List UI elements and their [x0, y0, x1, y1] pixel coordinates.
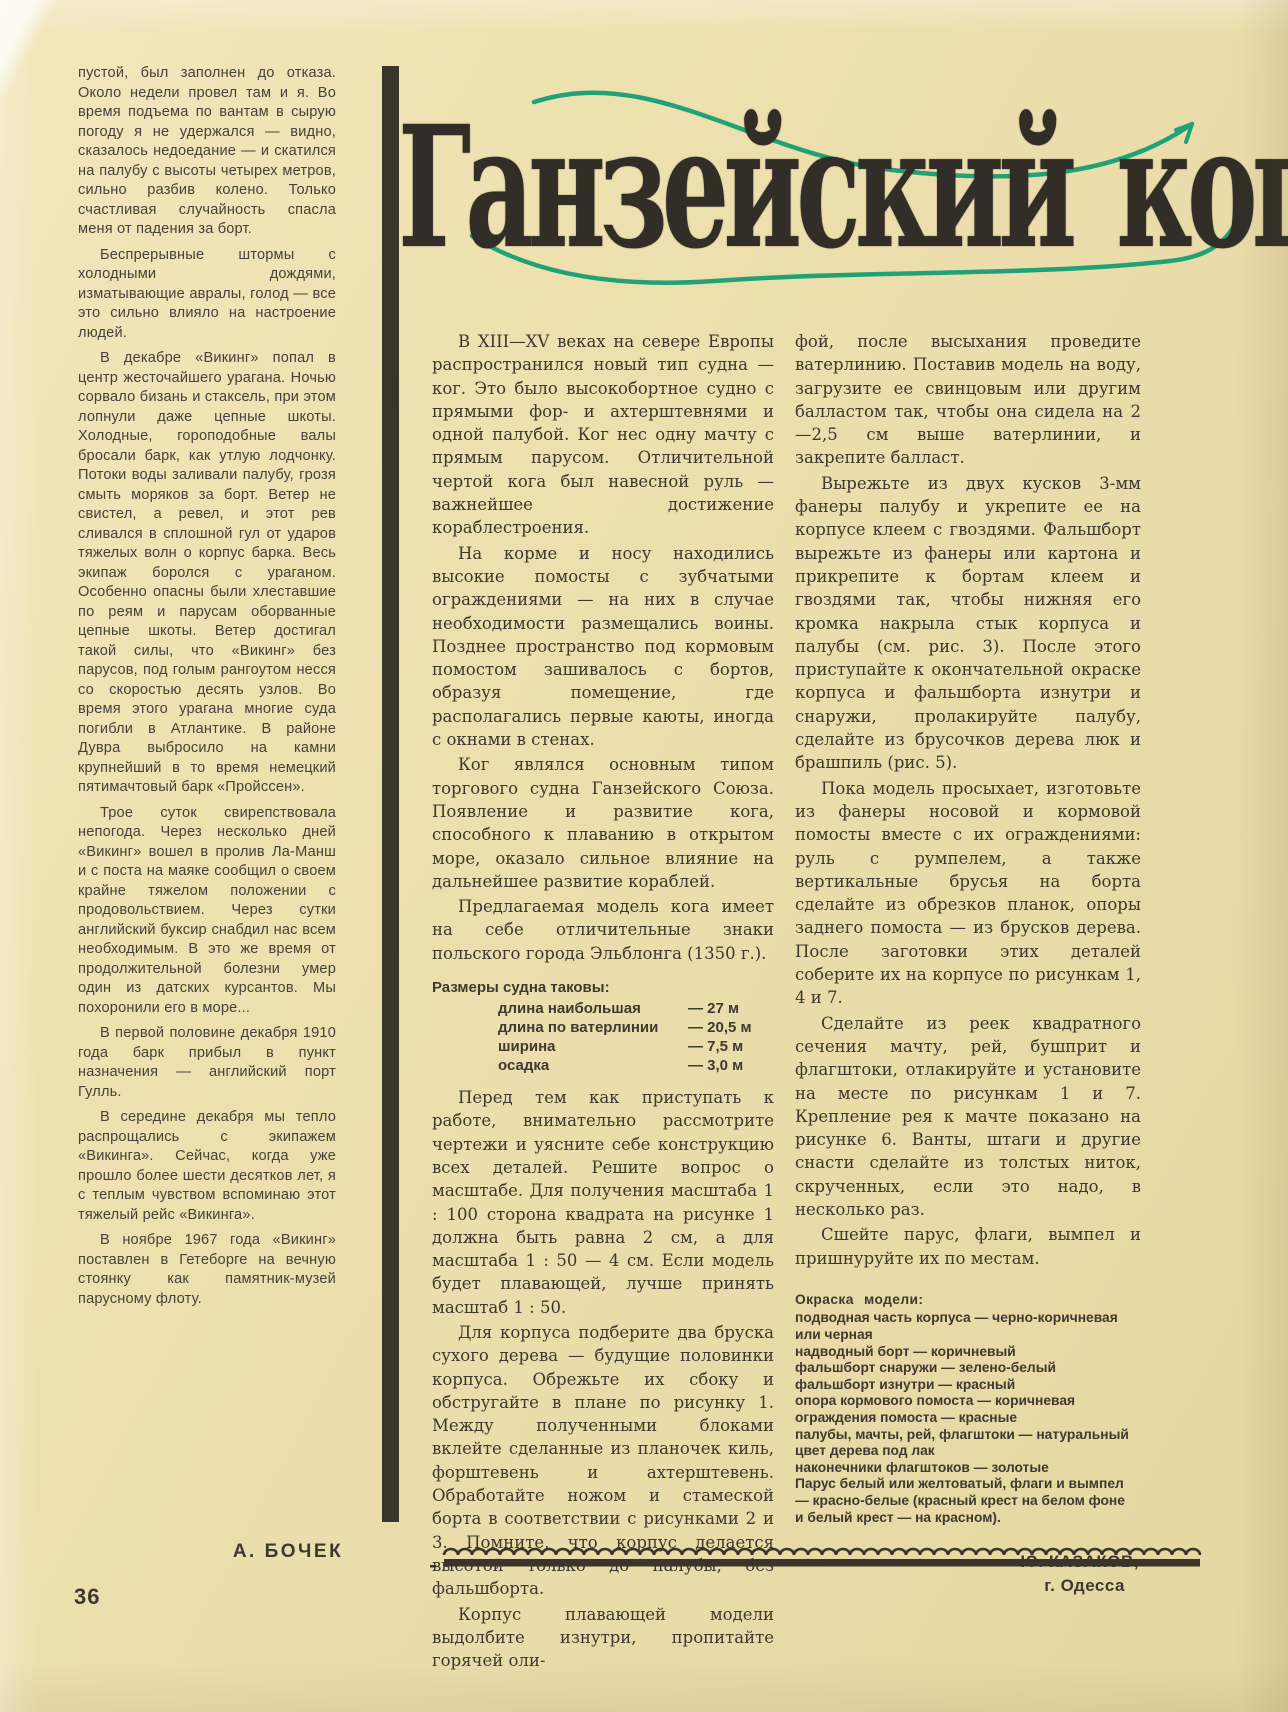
paragraph: пустой, был заполнен до отказа. Около не…	[78, 64, 336, 240]
page-number: 36	[74, 1584, 100, 1610]
dimension-row: длина наибольшая — 27 м	[432, 999, 774, 1018]
paragraph: Перед тем как приступать к работе, внима…	[432, 1086, 774, 1319]
article-column-2: фой, после высыхания проведите ватерлини…	[795, 330, 1141, 1598]
paragraph: Пока модель просыхает, изготовьте из фан…	[795, 777, 1141, 1010]
painting-item: ограждения помоста — красные	[795, 1410, 1133, 1427]
author-signature-left: А. БОЧЕК	[208, 1541, 368, 1563]
paragraph: Сделайте из реек квадратного сечения мач…	[795, 1012, 1141, 1222]
dimension-label: ширина	[498, 1037, 688, 1056]
paragraph: На корме и носу находились высокие помос…	[432, 542, 774, 752]
bottom-divider	[430, 1540, 1202, 1570]
dimension-row: ширина — 7,5 м	[432, 1037, 774, 1056]
paragraph: Ког являлся основным типом торгового суд…	[432, 753, 774, 893]
dimension-label: осадка	[498, 1056, 688, 1075]
left-column: пустой, был заполнен до отказа. Около не…	[78, 64, 336, 1315]
painting-item: подводная часть корпуса — черно-коричнев…	[795, 1310, 1133, 1343]
article-title: Ганзейский ког	[398, 88, 1238, 286]
paragraph: фой, после высыхания проведите ватерлини…	[795, 330, 1141, 470]
dimension-label: длина наибольшая	[498, 999, 688, 1018]
painting-item: надводный борт — коричневый	[795, 1344, 1133, 1361]
paragraph: Трое суток свирепствовала непогода. Чере…	[78, 804, 336, 1019]
paragraph: В декабре «Викинг» попал в центр жесточа…	[78, 349, 336, 798]
paragraph: В ноябре 1967 года «Викинг» поставлен в …	[78, 1231, 336, 1309]
magazine-page-scan: пустой, был заполнен до отказа. Около не…	[0, 0, 1288, 1712]
dimensions-heading: Размеры судна таковы:	[432, 978, 774, 997]
painting-item: палубы, мачты, рей, флагштоки — натураль…	[795, 1427, 1133, 1460]
paragraph: Вырежьте из двух кусков 3-мм фанеры палу…	[795, 472, 1141, 775]
dimension-value: — 20,5 м	[688, 1018, 774, 1037]
dimension-value: — 7,5 м	[688, 1037, 774, 1056]
paragraph: В XIII—XV веках на севере Европы распрос…	[432, 330, 774, 540]
paragraph: Сшейте парус, флаги, вымпел и пришнуруйт…	[795, 1223, 1141, 1270]
dimension-value: — 3,0 м	[688, 1056, 774, 1075]
painting-item: Парус белый или желтоватый, флаги и вымп…	[795, 1476, 1133, 1526]
paragraph: Корпус плавающей модели выдолбите изнутр…	[432, 1603, 774, 1673]
painting-guide-heading: Окраска модели:	[795, 1292, 1133, 1309]
scan-edge-highlight	[0, 0, 70, 140]
painting-item: наконечники флагштоков — золотые	[795, 1460, 1133, 1477]
paragraph: В первой половине декабря 1910 года барк…	[78, 1024, 336, 1102]
dimension-row: длина по ватерлинии — 20,5 м	[432, 1018, 774, 1037]
painting-item: фальшборт изнутри — красный	[795, 1377, 1133, 1394]
paragraph: В середине декабря мы тепло распрощались…	[78, 1108, 336, 1225]
divider-wave	[444, 1549, 1200, 1555]
paragraph: Беспрерывные штормы с холодными дождями,…	[78, 246, 336, 344]
dimension-label: длина по ватерлинии	[498, 1018, 688, 1037]
dimension-value: — 27 м	[688, 999, 774, 1018]
divider-tick	[430, 1565, 436, 1568]
painting-item: фальшборт снаружи — зелено-белый	[795, 1360, 1133, 1377]
dimension-row: осадка — 3,0 м	[432, 1056, 774, 1075]
author-city: г. Одесса	[795, 1574, 1139, 1598]
dimensions-block: Размеры судна таковы: длина наибольшая —…	[432, 978, 774, 1075]
paragraph: Предлагаемая модель кога имеет на себе о…	[432, 895, 774, 965]
painting-guide-block: Окраска модели: подводная часть корпуса …	[795, 1292, 1133, 1526]
divider-bar	[444, 1559, 1200, 1567]
article-column-1: В XIII—XV веках на севере Европы распрос…	[432, 330, 774, 1674]
painting-item: опора кормового помоста — коричневая	[795, 1393, 1133, 1410]
